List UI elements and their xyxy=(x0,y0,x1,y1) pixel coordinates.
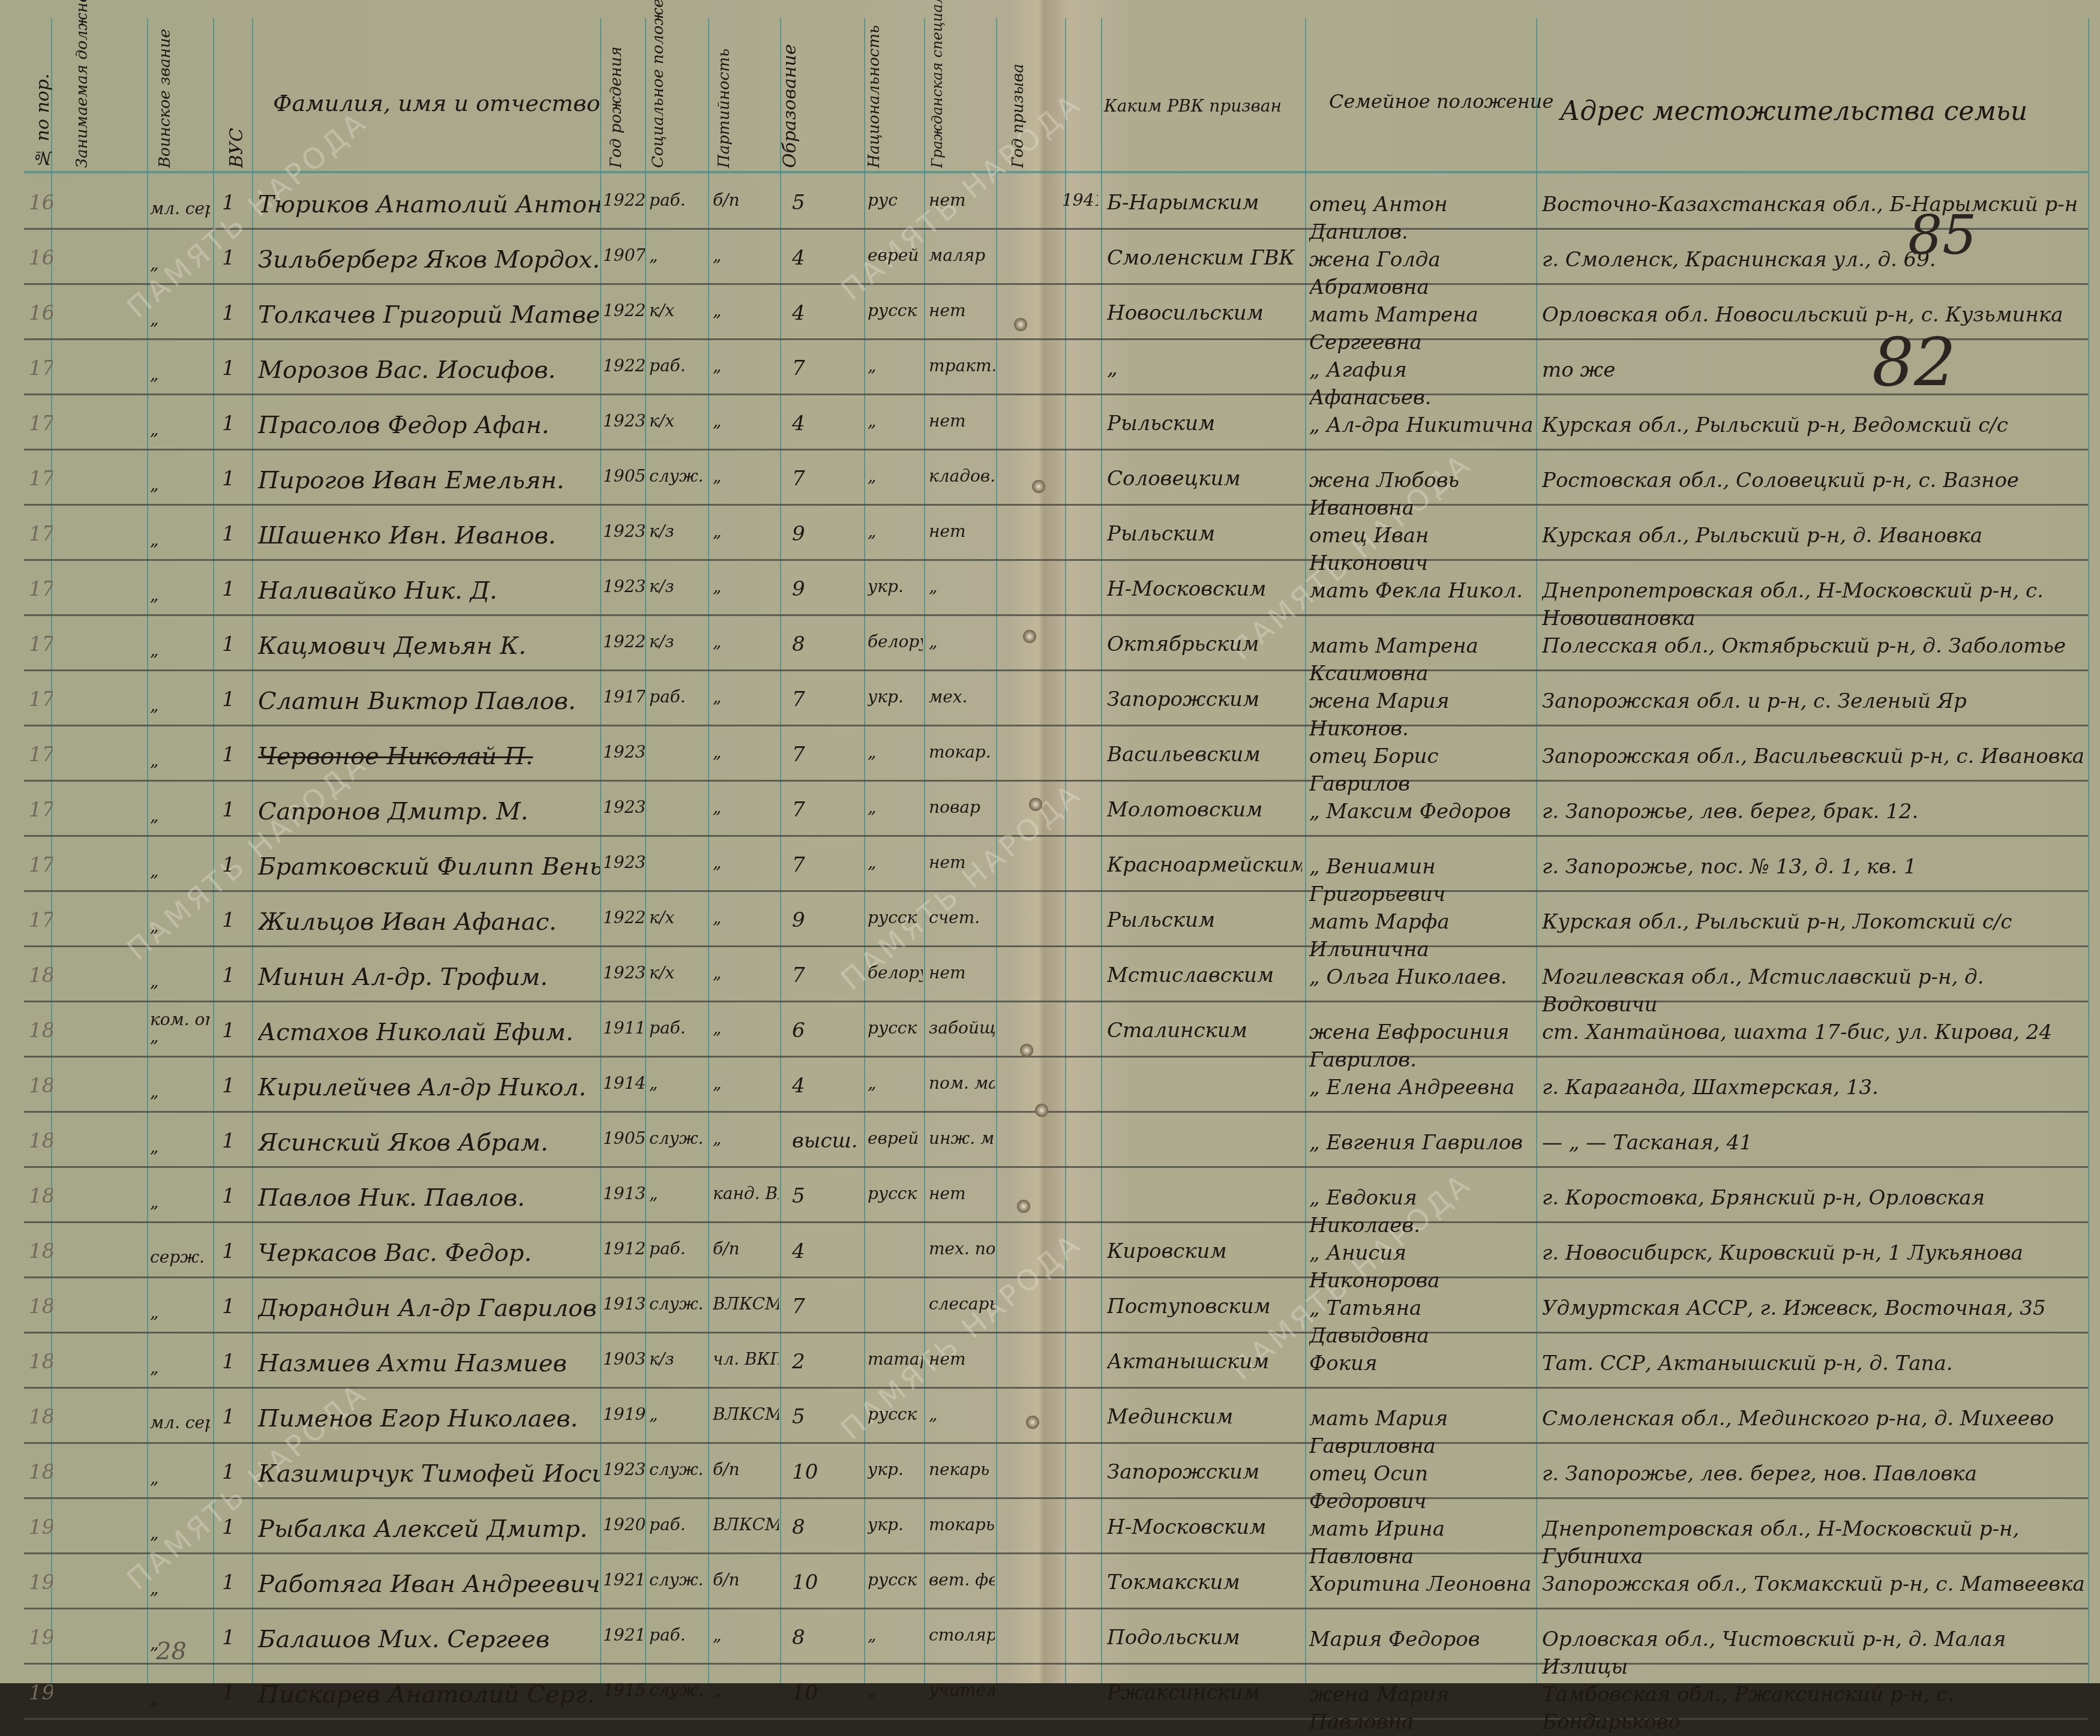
page-number: 28 xyxy=(156,1638,187,1665)
cell-rvk: Мстиславским xyxy=(1107,963,1302,987)
cell-party: „ xyxy=(713,798,779,817)
cell-nat: русск xyxy=(868,908,923,927)
cell-edu: 8 xyxy=(792,632,858,656)
punch-hole xyxy=(1014,318,1027,331)
cell-family: жена Евфросиния Гаврилов. xyxy=(1309,1019,1534,1074)
cell-nat: русск xyxy=(868,1405,923,1424)
cell-num: 190 xyxy=(29,1515,53,1539)
punch-hole xyxy=(1017,1200,1030,1213)
cell-social: раб. xyxy=(649,356,706,376)
cell-edu: 7 xyxy=(792,798,858,822)
cell-party: б/п xyxy=(713,1460,779,1479)
cell-name: Кацмович Демьян К. xyxy=(258,632,600,660)
cell-vus: 1 xyxy=(222,1239,246,1263)
cell-spec: нет xyxy=(929,963,995,983)
cell-vus: 1 xyxy=(222,632,246,656)
cell-rank: „ xyxy=(150,1468,210,1488)
cell-rvk: Токмакским xyxy=(1107,1570,1302,1594)
cell-family: „ Ал-дра Никитична xyxy=(1309,412,1534,439)
row-rule xyxy=(24,338,2088,340)
cell-year: 1922 xyxy=(603,908,645,927)
cell-rank: „ xyxy=(150,1358,210,1377)
column-rule xyxy=(1305,18,1306,1683)
cell-year: 1922 xyxy=(603,356,645,376)
cell-num: 193 xyxy=(29,1681,53,1683)
cell-vus: 1 xyxy=(222,467,246,491)
cell-rvk: „ xyxy=(1107,356,1302,380)
cell-address: г. Смоленск, Краснинская ул., д. 69. xyxy=(1542,246,2085,274)
punch-hole xyxy=(1026,1416,1039,1429)
cell-rvk: Новосильским xyxy=(1107,301,1302,325)
cell-edu: 5 xyxy=(792,1405,858,1429)
header-social: Социальное положение xyxy=(648,18,668,168)
cell-rank: „ xyxy=(150,1193,210,1212)
cell-rvk: Октябрьским xyxy=(1107,632,1302,656)
cell-address: Ростовская обл., Соловецкий р-н, с. Вазн… xyxy=(1542,467,2085,494)
cell-year: 1923 xyxy=(603,577,645,596)
cell-family: „ Анисия Никонорова xyxy=(1309,1239,1534,1295)
row-rule xyxy=(24,559,2088,561)
cell-spec: кладов. xyxy=(929,467,995,486)
cell-num: 182 xyxy=(29,1074,53,1098)
cell-vus: 1 xyxy=(222,412,246,435)
cell-address: ст. Хантайнова, шахта 17-бис, ул. Кирова… xyxy=(1542,1019,2085,1046)
cell-spec: нет xyxy=(929,522,995,541)
cell-rvk: Смоленским ГВК xyxy=(1107,246,1302,270)
cell-vus: 1 xyxy=(222,1626,246,1650)
cell-spec: нет xyxy=(929,1184,995,1203)
cell-social: раб. xyxy=(649,1626,706,1645)
cell-edu: 8 xyxy=(792,1626,858,1650)
cell-nat: русск xyxy=(868,1019,923,1038)
cell-spec: „ xyxy=(929,632,995,651)
cell-rank: „ xyxy=(150,751,210,770)
cell-spec: пом. маш. xyxy=(929,1074,995,1093)
punch-hole xyxy=(1020,1044,1033,1057)
cell-nat: „ xyxy=(868,743,923,762)
cell-nat: „ xyxy=(868,1681,923,1683)
cell-nat: русск xyxy=(868,1184,923,1203)
cell-spec: тракт. xyxy=(929,356,995,376)
cell-address: Запорожская обл., Васильевский р-н, с. И… xyxy=(1542,743,2085,770)
cell-party: б/п xyxy=(713,1239,779,1259)
cell-nat: „ xyxy=(868,467,923,486)
cell-vus: 1 xyxy=(222,908,246,932)
cell-rvk: Подольским xyxy=(1107,1626,1302,1650)
row-rule xyxy=(24,504,2088,506)
cell-nat: укр. xyxy=(868,1515,923,1534)
cell-family: мать Матрена Ксаимовна xyxy=(1309,632,1534,687)
cell-rank: мл. серж. xyxy=(150,199,210,218)
cell-social: к/з xyxy=(649,577,706,596)
cell-address: Тамбовская обл., Ржаксинский р-н, с. Бон… xyxy=(1542,1681,2085,1683)
cell-edu: высш. xyxy=(792,1129,858,1153)
header-family: Семейное положение xyxy=(1329,90,1553,113)
row-rule xyxy=(24,1608,2088,1609)
cell-rvk: Соловецким xyxy=(1107,467,1302,491)
cell-year: 1923 xyxy=(603,412,645,431)
cell-nat: еврей xyxy=(868,1129,923,1148)
cell-nat: „ xyxy=(868,853,923,872)
cell-num: 167 xyxy=(29,191,53,215)
cell-name: Павлов Ник. Павлов. xyxy=(258,1184,600,1212)
cell-nat: белорус. xyxy=(868,632,923,651)
cell-name: Ясинский Яков Абрам. xyxy=(258,1129,600,1157)
cell-rvk: Рыльским xyxy=(1107,522,1302,546)
row-rule xyxy=(24,394,2088,395)
cell-edu: 7 xyxy=(792,963,858,987)
cell-address: Восточно-Казахстанская обл., Б-Нарымский… xyxy=(1542,191,2085,218)
cell-spec: счет. xyxy=(929,908,995,927)
cell-party: „ xyxy=(713,1681,779,1683)
cell-num: 169 xyxy=(29,301,53,325)
row-rule xyxy=(24,1221,2088,1223)
cell-family: мать Матрена Сергеевна xyxy=(1309,301,1534,356)
cell-address: Днепропетровская обл., Н-Московский р-н,… xyxy=(1542,577,2085,632)
cell-nat: укр. xyxy=(868,687,923,707)
cell-num: 192 xyxy=(29,1626,53,1650)
row-rule xyxy=(24,1497,2088,1499)
cell-nat: „ xyxy=(868,1626,923,1645)
cell-party: „ xyxy=(713,246,779,265)
cell-vus: 1 xyxy=(222,1681,246,1683)
cell-year: 1923 xyxy=(603,853,645,872)
cell-spec: нет xyxy=(929,191,995,210)
cell-name: Шашенко Ивн. Иванов. xyxy=(258,522,600,549)
cell-spec: нет xyxy=(929,853,995,872)
cell-name: Балашов Мих. Сергеев xyxy=(258,1626,600,1653)
cell-year: 1922 xyxy=(603,632,645,651)
cell-vus: 1 xyxy=(222,1074,246,1098)
cell-spec: слесарь xyxy=(929,1295,995,1314)
cell-year: 1922 xyxy=(603,191,645,210)
cell-address: Тат. ССР, Актанышский р-н, д. Тапа. xyxy=(1542,1350,2085,1377)
cell-spec: тех. повар xyxy=(929,1239,995,1259)
cell-nat: рус xyxy=(868,191,923,210)
cell-party: „ xyxy=(713,412,779,431)
cell-family: жена Мария Павловна xyxy=(1309,1681,1534,1683)
cell-edu: 5 xyxy=(792,1184,858,1208)
cell-year: 1919 xyxy=(603,1405,645,1424)
cell-vus: 1 xyxy=(222,1129,246,1153)
cell-name: Работяга Иван Андреевич xyxy=(258,1570,600,1598)
cell-edu: 4 xyxy=(792,301,858,325)
cell-name: Сапронов Дмитр. М. xyxy=(258,798,600,825)
row-rule xyxy=(24,669,2088,671)
cell-party: ВЛКСМ xyxy=(713,1405,779,1424)
cell-edu: 8 xyxy=(792,1515,858,1539)
cell-social: служ. xyxy=(649,467,706,486)
cell-rank: мл. серж. xyxy=(150,1413,210,1432)
header-birth-year: Год рождения xyxy=(606,18,626,168)
header-nationality: Национальность xyxy=(864,18,884,168)
cell-year: 1903 xyxy=(603,1350,645,1369)
cell-family: отец Борис Гаврилов xyxy=(1309,743,1534,798)
cell-nat: „ xyxy=(868,1074,923,1093)
cell-party: „ xyxy=(713,853,779,872)
cell-rank: „ xyxy=(150,1579,210,1598)
cell-address: г. Запорожье, лев. берег, брак. 12. xyxy=(1542,798,2085,825)
cell-edu: 7 xyxy=(792,687,858,711)
cell-rank: „ xyxy=(150,420,210,439)
column-rule xyxy=(2088,18,2089,1683)
cell-name: Минин Ал-др. Трофим. xyxy=(258,963,600,991)
cell-nat: укр. xyxy=(868,577,923,596)
cell-vus: 1 xyxy=(222,246,246,270)
cell-party: „ xyxy=(713,632,779,651)
cell-party: „ xyxy=(713,963,779,983)
cell-name: Наливайко Ник. Д. xyxy=(258,577,600,605)
cell-nat: укр. xyxy=(868,1460,923,1479)
cell-family: „ Ольга Николаев. xyxy=(1309,963,1534,991)
cell-num: 173 xyxy=(29,522,53,546)
cell-party: „ xyxy=(713,1626,779,1645)
cell-num: 183 xyxy=(29,1129,53,1153)
cell-nat: „ xyxy=(868,522,923,541)
cell-party: „ xyxy=(713,1019,779,1038)
cell-party: „ xyxy=(713,522,779,541)
cell-address: Курская обл., Рыльский р-н, д. Ивановка xyxy=(1542,522,2085,549)
cell-num: 175 xyxy=(29,632,53,656)
cell-name: Пименов Егор Николаев. xyxy=(258,1405,600,1432)
cell-year: 1905 xyxy=(603,1129,645,1148)
cell-num: 178 xyxy=(29,798,53,822)
header-party: Партийность xyxy=(714,18,734,168)
cell-family: мать Марфа Ильинична xyxy=(1309,908,1534,963)
cell-num: 186 xyxy=(29,1295,53,1318)
cell-rank: „ xyxy=(150,806,210,825)
cell-social: „ xyxy=(649,246,706,265)
cell-year: 1917 xyxy=(603,687,645,707)
cell-year: 1913 xyxy=(603,1184,645,1203)
cell-rvk: Поступовским xyxy=(1107,1295,1302,1318)
cell-edu: 7 xyxy=(792,356,858,380)
cell-num: 185 xyxy=(29,1239,53,1263)
cell-address: Орловская обл., Чистовский р-н, д. Малая… xyxy=(1542,1626,2085,1681)
cell-name: Дюрандин Ал-др Гаврилов xyxy=(258,1295,600,1322)
cell-edu: 4 xyxy=(792,1074,858,1098)
cell-party: „ xyxy=(713,356,779,376)
cell-social: к/х xyxy=(649,412,706,431)
cell-vus: 1 xyxy=(222,191,246,215)
cell-num: 184 xyxy=(29,1184,53,1208)
cell-edu: 5 xyxy=(792,191,858,215)
cell-num: 188 xyxy=(29,1405,53,1429)
cell-spec: столяр xyxy=(929,1626,995,1645)
cell-family: „ Максим Федоров xyxy=(1309,798,1534,825)
cell-num: 189 xyxy=(29,1460,53,1484)
cell-family: отец Осип Федорович xyxy=(1309,1460,1534,1515)
column-rule xyxy=(213,18,214,1683)
cell-party: „ xyxy=(713,1074,779,1093)
header-position: Занимаемая должность xyxy=(72,18,92,168)
cell-year: 1921 xyxy=(603,1626,645,1645)
cell-name: Братковский Филипп Веньям. xyxy=(258,853,600,881)
cell-rank: „ xyxy=(150,1137,210,1157)
handwritten-mark-85: 85 xyxy=(1908,204,1977,267)
row-rule xyxy=(24,725,2088,726)
cell-address: Курская обл., Рыльский р-н, Локотский с/… xyxy=(1542,908,2085,936)
cell-edu: 4 xyxy=(792,1239,858,1263)
cell-year: 1923 xyxy=(603,743,645,762)
cell-year: 1922 xyxy=(603,301,645,320)
cell-rvk: Б-Нарымским xyxy=(1107,191,1302,215)
row-rule xyxy=(24,283,2088,285)
cell-year: 1923 xyxy=(603,798,645,817)
cell-family: Мария Федоров xyxy=(1309,1626,1534,1653)
cell-address: Днепропетровская обл., Н-Московский р-н,… xyxy=(1542,1515,2085,1570)
cell-vus: 1 xyxy=(222,1019,246,1043)
cell-family: мать Ирина Павловна xyxy=(1309,1515,1534,1570)
cell-address: Запорожская обл., Токмакский р-н, с. Мат… xyxy=(1542,1570,2085,1598)
cell-year: 1923 xyxy=(603,522,645,541)
row-rule xyxy=(24,1166,2088,1168)
cell-num: 178 xyxy=(29,853,53,877)
cell-social: „ xyxy=(649,1074,706,1093)
cell-call: 1941 xyxy=(1062,191,1098,210)
cell-rank: „ xyxy=(150,972,210,991)
cell-rank: „ xyxy=(150,585,210,605)
cell-rank: серж. xyxy=(150,1248,210,1267)
cell-spec: инж. мех. xyxy=(929,1129,995,1148)
cell-rvk: Красноармейским xyxy=(1107,853,1302,877)
column-rule xyxy=(645,18,646,1683)
cell-nat: еврей xyxy=(868,246,923,265)
cell-num: 191 xyxy=(29,1570,53,1594)
cell-family: „ Евгения Гаврилов xyxy=(1309,1129,1534,1157)
cell-edu: 6 xyxy=(792,1019,858,1043)
cell-edu: 4 xyxy=(792,412,858,435)
header-call-year: Год призыва xyxy=(1008,18,1028,168)
cell-spec: „ xyxy=(929,1405,995,1424)
cell-rank: „ xyxy=(150,530,210,549)
document-sheet: ПАМЯТЬ НАРОДАПАМЯТЬ НАРОДАПАМЯТЬ НАРОДАП… xyxy=(0,0,2100,1683)
cell-family: „ Евдокия Николаев. xyxy=(1309,1184,1534,1239)
cell-num: 181 xyxy=(29,1019,53,1043)
cell-name: Черкасов Вас. Федор. xyxy=(258,1239,600,1267)
cell-address: г. Новосибирск, Кировский р-н, 1 Лукьяно… xyxy=(1542,1239,2085,1267)
column-rule xyxy=(600,18,601,1683)
cell-rank: „ xyxy=(150,917,210,936)
cell-num: 176 xyxy=(29,687,53,711)
header-num: № по пор. xyxy=(33,18,53,168)
cell-social: служ. xyxy=(649,1295,706,1314)
cell-rank: „ xyxy=(150,1027,210,1046)
cell-vus: 1 xyxy=(222,1295,246,1318)
column-rule xyxy=(924,18,925,1683)
cell-vus: 1 xyxy=(222,522,246,546)
cell-name: Толкачев Григорий Матвеев. xyxy=(258,301,600,329)
cell-vus: 1 xyxy=(222,1570,246,1594)
cell-rvk: Н-Московским xyxy=(1107,1515,1302,1539)
cell-spec: забойщик xyxy=(929,1019,995,1038)
cell-edu: 7 xyxy=(792,743,858,767)
punch-hole xyxy=(1029,798,1042,811)
cell-year: 1920 xyxy=(603,1515,645,1534)
cell-address: Удмуртская АССР, г. Ижевск, Восточная, 3… xyxy=(1542,1295,2085,1322)
cell-rvk: Запорожским xyxy=(1107,1460,1302,1484)
cell-party: „ xyxy=(713,908,779,927)
cell-nat: белорус. xyxy=(868,963,923,983)
cell-vus: 1 xyxy=(222,743,246,767)
cell-social: служ. xyxy=(649,1460,706,1479)
cell-name: Прасолов Федор Афан. xyxy=(258,412,600,439)
cell-name: Червоное Николай П. xyxy=(258,743,600,770)
cell-rank: „ xyxy=(150,1082,210,1101)
cell-name: Пирогов Иван Емельян. xyxy=(258,467,600,494)
handwritten-mark-82: 82 xyxy=(1872,324,1956,401)
column-rule xyxy=(147,18,148,1683)
cell-spec: повар xyxy=(929,798,995,817)
cell-spec: токар. xyxy=(929,743,995,762)
cell-name: Зильберберг Яков Мордох. xyxy=(258,246,600,274)
cell-name: Пискарев Анатолий Серг. xyxy=(258,1681,600,1683)
cell-rank: „ xyxy=(150,1303,210,1322)
cell-social: „ xyxy=(649,1184,706,1203)
row-rule xyxy=(24,1111,2088,1113)
cell-social: служ. xyxy=(649,1570,706,1590)
cell-rvk: Ржаксинским xyxy=(1107,1681,1302,1683)
column-rule xyxy=(708,18,709,1683)
cell-edu: 9 xyxy=(792,522,858,546)
cell-rank: „ xyxy=(150,1524,210,1543)
cell-social: к/х xyxy=(649,908,706,927)
cell-spec: маляр xyxy=(929,246,995,265)
cell-family: „ Татьяна Давыдовна xyxy=(1309,1295,1534,1350)
cell-rvk: Рыльским xyxy=(1107,908,1302,932)
header-vus: ВУС xyxy=(227,18,247,168)
cell-social: к/х xyxy=(649,301,706,320)
cell-social: к/з xyxy=(649,632,706,651)
cell-party: канд. ВКП(б) xyxy=(713,1184,779,1203)
cell-vus: 1 xyxy=(222,301,246,325)
row-rule xyxy=(24,945,2088,947)
cell-vus: 1 xyxy=(222,1460,246,1484)
cell-year: 1905 xyxy=(603,467,645,486)
cell-rvk: Васильевским xyxy=(1107,743,1302,767)
cell-edu: 7 xyxy=(792,853,858,877)
cell-year: 1913 xyxy=(603,1295,645,1314)
cell-name: Жильцов Иван Афанас. xyxy=(258,908,600,936)
cell-rank: „ xyxy=(150,861,210,881)
cell-family: „ Агафия Афанасьев. xyxy=(1309,356,1534,412)
row-rule xyxy=(24,1442,2088,1444)
cell-rvk: Кировским xyxy=(1107,1239,1302,1263)
cell-edu: 10 xyxy=(792,1460,858,1484)
cell-edu: 7 xyxy=(792,467,858,491)
cell-spec: нет xyxy=(929,1350,995,1369)
cell-year: 1914 xyxy=(603,1074,645,1093)
cell-rvk: Н-Московским xyxy=(1107,577,1302,601)
cell-rank: „ xyxy=(150,641,210,660)
cell-year: 1912 xyxy=(603,1239,645,1259)
cell-name: Морозов Вас. Иосифов. xyxy=(258,356,600,384)
column-rule xyxy=(1065,18,1066,1683)
cell-family: мать Фекла Никол. xyxy=(1309,577,1534,605)
cell-name: Рыбалка Алексей Дмитр. xyxy=(258,1515,600,1543)
cell-rvk: Актанышским xyxy=(1107,1350,1302,1374)
cell-social: служ. xyxy=(649,1129,706,1148)
cell-name: Кирилейчев Ал-др Никол. xyxy=(258,1074,600,1101)
row-rule xyxy=(24,449,2088,450)
cell-num: 180 xyxy=(29,963,53,987)
cell-nat: русск xyxy=(868,1570,923,1590)
cell-rvk: Сталинским xyxy=(1107,1019,1302,1043)
cell-family: отец Антон Данилов. xyxy=(1309,191,1534,246)
cell-vus: 1 xyxy=(222,356,246,380)
cell-spec: пекарь xyxy=(929,1460,995,1479)
cell-party: „ xyxy=(713,467,779,486)
